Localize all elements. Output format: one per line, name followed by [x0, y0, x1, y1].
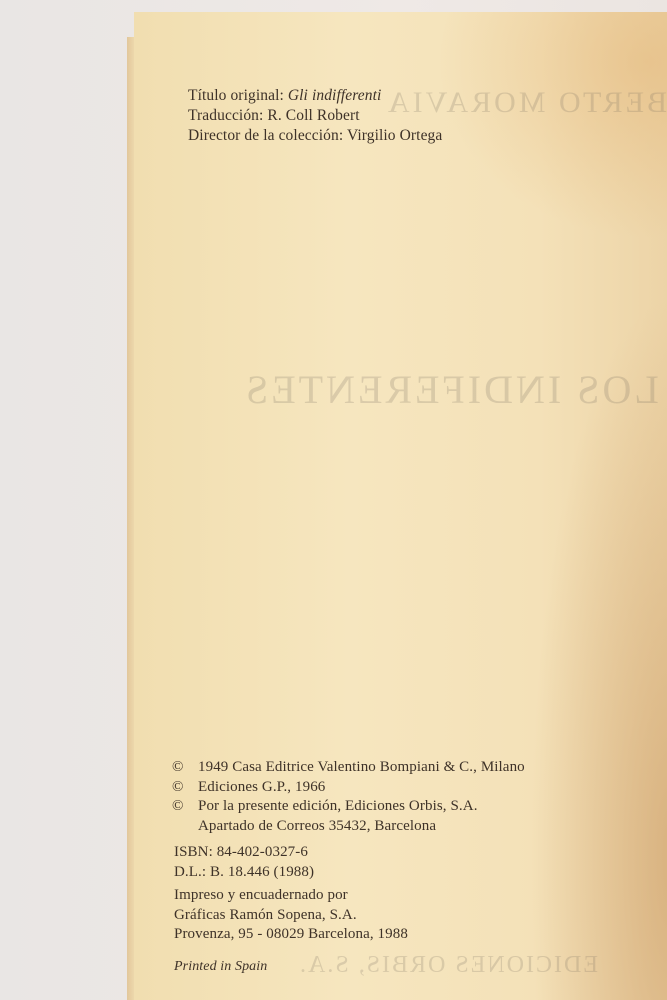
original-title: Gli indifferenti: [288, 87, 382, 104]
identifiers-block: ISBN: 84-402-0327-6 D.L.: B. 18.446 (198…: [174, 843, 314, 882]
publisher-address: Apartado de Correos 35432, Barcelona: [172, 817, 525, 837]
printer-block: Impreso y encuadernado por Gráficas Ramó…: [174, 886, 408, 945]
show-through-publisher: EDICIONES ORBIS, S.A.: [298, 952, 598, 979]
isbn: ISBN: 84-402-0327-6: [174, 843, 314, 863]
printer-line-3: Provenza, 95 - 08029 Barcelona, 1988: [174, 925, 408, 945]
copyright-icon: ©: [172, 758, 198, 778]
printer-line-1: Impreso y encuadernado por: [174, 886, 408, 906]
printer-line-2: Gráficas Ramón Sopena, S.A.: [174, 906, 408, 926]
copyright-text: 1949 Casa Editrice Valentino Bompiani & …: [198, 758, 525, 778]
copyright-block: © 1949 Casa Editrice Valentino Bompiani …: [172, 758, 525, 836]
original-title-label: Título original:: [188, 87, 288, 104]
printed-in: Printed in Spain: [174, 957, 267, 977]
copyright-line: © Ediciones G.P., 1966: [172, 778, 525, 798]
legal-deposit: D.L.: B. 18.446 (1988): [174, 863, 314, 883]
show-through-title: LOS INDIFERENTES: [243, 366, 659, 413]
copyright-text: Por la presente edición, Ediciones Orbis…: [198, 797, 478, 817]
original-title-line: Título original: Gli indifferenti: [188, 86, 442, 106]
translation-line: Traducción: R. Coll Robert: [188, 106, 442, 126]
copyright-icon: ©: [172, 797, 198, 817]
copyright-text: Ediciones G.P., 1966: [198, 778, 325, 798]
copyright-line: © 1949 Casa Editrice Valentino Bompiani …: [172, 758, 525, 778]
credits-block: Título original: Gli indifferenti Traduc…: [188, 86, 442, 146]
copyright-line: © Por la presente edición, Ediciones Orb…: [172, 797, 525, 817]
director-line: Director de la colección: Virgilio Orteg…: [188, 126, 442, 146]
copyright-icon: ©: [172, 778, 198, 798]
